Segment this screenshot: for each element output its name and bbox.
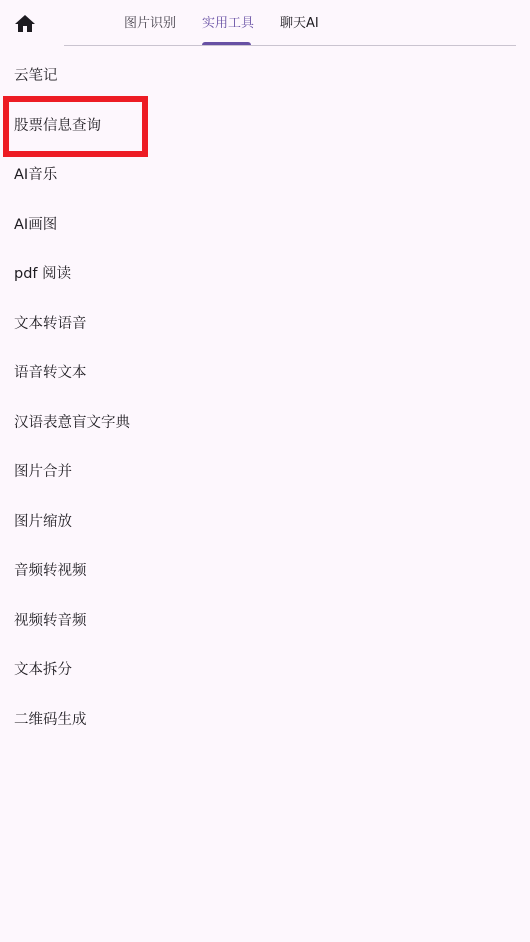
list-item-label: 文本转语音 bbox=[14, 312, 87, 333]
list-item-label: AI画图 bbox=[14, 213, 57, 234]
list-item-label: 股票信息查询 bbox=[14, 114, 101, 135]
list-item-text-split[interactable]: 文本拆分 bbox=[0, 644, 530, 694]
list-item-stock-info-query[interactable]: 股票信息查询 bbox=[0, 100, 530, 150]
list-item-label: 语音转文本 bbox=[14, 361, 87, 382]
list-item-label: 二维码生成 bbox=[14, 708, 87, 729]
tab-chat-ai[interactable]: 聊天AI bbox=[280, 15, 319, 32]
tools-list: 云笔记 股票信息查询 AI音乐 AI画图 pdf 阅读 文本转语音 语音转文本 … bbox=[0, 50, 530, 743]
active-tab-indicator bbox=[202, 42, 251, 45]
list-item-ai-drawing[interactable]: AI画图 bbox=[0, 199, 530, 249]
top-bar: 图片识别 实用工具 聊天AI bbox=[0, 0, 530, 46]
list-item-label: 云笔记 bbox=[14, 64, 58, 85]
list-item-image-merge[interactable]: 图片合并 bbox=[0, 446, 530, 496]
tab-image-recognition[interactable]: 图片识别 bbox=[124, 15, 176, 32]
list-item-braille-dictionary[interactable]: 汉语表意盲文字典 bbox=[0, 397, 530, 447]
home-icon bbox=[13, 12, 37, 36]
list-item-cloud-notes[interactable]: 云笔记 bbox=[0, 50, 530, 100]
list-item-audio-to-video[interactable]: 音频转视频 bbox=[0, 545, 530, 595]
home-button[interactable] bbox=[13, 12, 37, 36]
list-item-label: 文本拆分 bbox=[14, 658, 72, 679]
tab-bar: 图片识别 实用工具 聊天AI bbox=[64, 0, 516, 46]
list-item-image-resize[interactable]: 图片缩放 bbox=[0, 496, 530, 546]
list-item-label: AI音乐 bbox=[14, 163, 57, 184]
list-item-label: pdf 阅读 bbox=[14, 262, 71, 283]
list-item-qr-code-generator[interactable]: 二维码生成 bbox=[0, 694, 530, 744]
list-item-speech-to-text[interactable]: 语音转文本 bbox=[0, 347, 530, 397]
list-item-label: 视频转音频 bbox=[14, 609, 87, 630]
list-item-text-to-speech[interactable]: 文本转语音 bbox=[0, 298, 530, 348]
list-item-ai-music[interactable]: AI音乐 bbox=[0, 149, 530, 199]
list-item-label: 音频转视频 bbox=[14, 559, 87, 580]
tab-utility-tools[interactable]: 实用工具 bbox=[202, 15, 254, 32]
list-item-label: 汉语表意盲文字典 bbox=[14, 411, 130, 432]
list-item-label: 图片合并 bbox=[14, 460, 72, 481]
list-item-video-to-audio[interactable]: 视频转音频 bbox=[0, 595, 530, 645]
list-item-label: 图片缩放 bbox=[14, 510, 72, 531]
list-item-pdf-reader[interactable]: pdf 阅读 bbox=[0, 248, 530, 298]
